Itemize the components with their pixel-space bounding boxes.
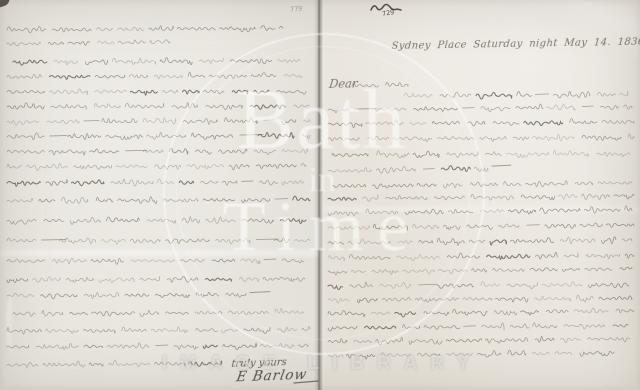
handwriting-stroke xyxy=(499,224,519,227)
handwriting-stroke xyxy=(415,298,459,302)
handwriting-stroke xyxy=(481,209,505,212)
handwriting-stroke xyxy=(229,164,249,169)
handwriting-stroke xyxy=(7,90,45,93)
handwriting-stroke xyxy=(620,267,632,270)
handwriting-stroke xyxy=(97,28,113,31)
handwriting-stroke xyxy=(112,58,155,65)
handwriting-stroke xyxy=(580,223,602,227)
handwriting-stroke xyxy=(382,297,410,301)
handwriting-stroke xyxy=(282,120,296,125)
handwriting-stroke xyxy=(472,269,487,273)
handwriting-stroke xyxy=(437,284,474,288)
handwriting-stroke xyxy=(535,296,571,301)
handwriting-stroke xyxy=(453,309,488,316)
letter-salutation: Dear xyxy=(328,77,358,92)
handwriting-stroke xyxy=(582,135,622,140)
handwriting-stroke xyxy=(150,40,170,44)
handwriting-stroke xyxy=(149,26,174,31)
handwriting-stroke xyxy=(282,148,308,154)
letter-signature: E Barlow xyxy=(235,367,308,386)
handwriting-stroke xyxy=(154,75,182,79)
handwriting-stroke xyxy=(7,150,45,153)
handwriting-stroke xyxy=(143,118,176,124)
handwriting-stroke xyxy=(106,135,143,140)
handwriting-stroke xyxy=(328,109,349,113)
handwriting-stroke xyxy=(527,225,539,226)
handwriting-stroke xyxy=(160,58,192,65)
handwriting-stroke xyxy=(555,352,572,355)
handwriting-stroke xyxy=(294,239,310,242)
handwriting-stroke xyxy=(264,120,275,121)
handwriting-stroke xyxy=(524,121,563,126)
handwriting-stroke xyxy=(328,256,345,261)
handwriting-stroke xyxy=(532,135,574,141)
handwriting-stroke xyxy=(7,27,46,33)
handwriting-stroke xyxy=(7,133,44,140)
handwriting-stroke xyxy=(409,339,442,344)
handwriting-stroke xyxy=(61,197,87,203)
handwriting-stroke xyxy=(481,107,510,112)
handwriting-stroke xyxy=(84,292,119,298)
handwriting-stroke xyxy=(7,181,40,186)
handwriting-stroke xyxy=(177,27,215,30)
handwriting-stroke xyxy=(60,238,96,244)
handwriting-stroke xyxy=(508,210,535,215)
handwriting-stroke xyxy=(542,282,582,287)
handwriting-stroke xyxy=(279,26,283,28)
handwriting-stroke xyxy=(582,194,610,200)
handwriting-stroke xyxy=(216,238,250,244)
handwriting-stroke xyxy=(206,105,243,109)
handwriting-stroke xyxy=(474,167,488,172)
handwriting-stroke xyxy=(174,345,198,349)
handwriting-stroke xyxy=(533,352,550,354)
handwriting-stroke xyxy=(94,104,120,108)
handwriting-stroke xyxy=(282,259,304,263)
handwriting-stroke xyxy=(588,283,629,288)
handwriting-stroke xyxy=(386,195,428,199)
handwriting-stroke xyxy=(242,198,270,202)
handwriting-stroke xyxy=(521,311,539,315)
handwriting-stroke xyxy=(438,137,475,140)
handwriting-stroke xyxy=(482,323,505,330)
handwriting-stroke xyxy=(102,239,126,244)
handwriting-stroke xyxy=(196,150,212,154)
handwriting-stroke xyxy=(242,219,273,224)
handwriting-stroke xyxy=(554,150,589,156)
handwriting-stroke xyxy=(535,336,554,342)
handwriting-stroke xyxy=(535,252,557,259)
handwriting-stroke xyxy=(366,209,398,214)
handwriting-stroke xyxy=(599,296,632,300)
handwriting-stroke xyxy=(301,164,306,167)
handwriting-stroke xyxy=(510,238,553,243)
handwriting-stroke xyxy=(328,226,370,229)
handwriting-stroke xyxy=(366,120,404,126)
handwriting-stroke xyxy=(386,82,408,86)
handwriting-stroke xyxy=(179,181,193,184)
handwriting-stroke xyxy=(26,164,67,171)
handwriting-stroke xyxy=(277,90,306,94)
handwriting-stroke xyxy=(53,258,87,263)
handwriting-stroke xyxy=(504,182,522,186)
handwriting-stroke xyxy=(96,197,113,202)
handwriting-stroke xyxy=(261,26,275,31)
handwriting-stroke xyxy=(95,75,125,78)
handwriting-stroke xyxy=(106,217,139,222)
handwriting-stroke xyxy=(260,343,294,348)
handwriting-stroke xyxy=(417,353,440,356)
handwriting-stroke xyxy=(377,166,416,173)
handwriting-stroke xyxy=(46,180,68,186)
handwriting-stroke xyxy=(203,90,224,94)
handwriting-stroke xyxy=(244,328,271,334)
handwriting-stroke xyxy=(277,327,296,332)
handwriting-stroke xyxy=(42,310,63,316)
handwriting-stroke xyxy=(470,182,497,186)
handwriting-stroke xyxy=(373,108,406,111)
handwriting-stroke xyxy=(7,219,36,224)
handwriting-stroke xyxy=(398,241,412,244)
handwriting-stroke xyxy=(44,219,64,221)
handwriting-stroke xyxy=(365,326,396,329)
handwriting-stroke xyxy=(510,324,529,328)
handwriting-stroke xyxy=(167,277,198,283)
handwriting-stroke xyxy=(293,196,310,200)
handwriting-stroke xyxy=(122,327,147,331)
handwriting-stroke xyxy=(328,285,343,289)
handwriting-stroke xyxy=(381,353,411,357)
handwriting-stroke xyxy=(209,75,246,79)
handwriting-stroke xyxy=(533,323,557,328)
handwriting-stroke xyxy=(264,259,276,260)
handwriting-stroke xyxy=(582,106,593,107)
handwriting-stroke xyxy=(574,308,608,313)
handwriting-stroke xyxy=(584,207,620,213)
handwriting-stroke xyxy=(51,105,86,110)
handwriting-stroke xyxy=(446,353,472,356)
handwriting-stroke xyxy=(558,194,577,199)
handwriting-stroke xyxy=(423,169,434,170)
handwriting-stroke xyxy=(172,103,197,109)
handwriting-stroke xyxy=(562,268,579,271)
handwriting-stroke xyxy=(467,225,493,229)
handwriting-stroke xyxy=(130,239,160,243)
handwriting-stroke xyxy=(125,294,149,297)
handwriting-stroke xyxy=(598,181,632,184)
handwriting-stroke xyxy=(226,293,246,297)
handwriting-stroke xyxy=(294,105,310,108)
handwriting-stroke xyxy=(7,293,34,297)
handwriting-stroke xyxy=(181,259,205,262)
handwriting-stroke xyxy=(620,91,629,95)
handwriting-stroke xyxy=(486,337,528,343)
handwriting-stroke xyxy=(182,217,200,223)
handwriting-stroke xyxy=(328,271,347,275)
handwriting-stroke xyxy=(74,165,112,169)
handwriting-stroke xyxy=(585,268,612,271)
handwriting-stroke xyxy=(372,184,413,189)
handwriting-stroke xyxy=(586,254,620,258)
handwriting-stroke xyxy=(7,103,44,109)
handwriting-stroke xyxy=(36,344,78,350)
handwriting-stroke xyxy=(440,92,471,97)
handwriting-stroke xyxy=(606,223,634,227)
handwriting-stroke xyxy=(545,224,576,228)
handwriting-stroke xyxy=(118,27,144,31)
handwriting-stroke xyxy=(438,269,467,274)
handwriting-stroke xyxy=(597,152,631,156)
letter-photograph: Sydney Place Saturday night May 14. 1836… xyxy=(0,0,640,390)
handwriting-stroke xyxy=(140,310,159,316)
handwriting-stroke xyxy=(7,238,36,242)
handwriting-stroke xyxy=(508,350,526,355)
handwriting-stroke xyxy=(46,329,79,333)
handwriting-stroke xyxy=(419,284,437,285)
handwriting-stroke xyxy=(95,90,127,93)
handwriting-stroke xyxy=(517,91,532,96)
handwriting-stroke xyxy=(443,225,460,230)
handwriting-stroke xyxy=(222,181,237,185)
handwriting-stroke xyxy=(89,363,103,366)
handwriting-stroke xyxy=(485,152,501,156)
handwriting-stroke xyxy=(560,237,595,244)
handwriting-stroke xyxy=(328,211,358,215)
handwriting-stroke xyxy=(368,136,389,139)
handwriting-stroke xyxy=(413,151,439,157)
handwriting-stroke xyxy=(7,42,41,46)
handwriting-stroke xyxy=(435,196,465,200)
handwriting-stroke xyxy=(156,345,168,346)
handwriting-stroke xyxy=(84,120,99,121)
handwriting-stroke xyxy=(602,120,634,123)
handwriting-stroke xyxy=(625,206,632,211)
handwriting-stroke xyxy=(13,312,35,316)
handwriting-stroke xyxy=(203,345,217,348)
handwriting-stroke xyxy=(397,254,439,261)
handwriting-stroke xyxy=(201,181,218,184)
handwriting-stroke xyxy=(526,181,568,187)
handwriting-stroke xyxy=(107,343,149,348)
handwriting-stroke xyxy=(600,105,618,109)
handwriting-stroke xyxy=(328,354,343,356)
handwriting-stroke xyxy=(616,309,634,313)
handwriting-stroke xyxy=(446,339,482,342)
handwriting-stroke xyxy=(332,153,368,156)
handwriting-stroke xyxy=(575,182,592,185)
handwriting-stroke xyxy=(225,118,258,124)
handwriting-stroke xyxy=(48,42,64,45)
handwriting-stroke xyxy=(189,361,222,366)
handwriting-stroke xyxy=(463,297,492,300)
handwriting-stroke xyxy=(131,260,174,262)
handwriting-stroke xyxy=(513,137,529,140)
handwriting-stroke xyxy=(125,103,164,108)
handwriting-stroke xyxy=(282,180,304,185)
handwriting-stroke xyxy=(278,59,300,62)
handwriting-stroke xyxy=(130,90,157,95)
handwriting-stroke xyxy=(258,133,294,139)
handwriting-stroke xyxy=(348,239,390,244)
handwriting-stroke xyxy=(530,268,558,271)
handwriting-stroke xyxy=(221,329,237,333)
handwriting-stroke xyxy=(372,270,399,275)
handwriting-stroke xyxy=(564,324,605,329)
handwriting-stroke xyxy=(328,338,347,343)
handwriting-stroke xyxy=(54,60,77,65)
handwriting-stroke xyxy=(203,199,235,201)
handwriting-stroke xyxy=(70,217,100,224)
handwriting-stroke xyxy=(147,219,175,223)
handwriting-stroke xyxy=(163,90,178,93)
handwriting-stroke xyxy=(254,150,276,155)
handwriting-stroke xyxy=(377,151,410,158)
handwriting-stroke xyxy=(471,194,514,200)
handwriting-stroke xyxy=(118,197,157,204)
handwriting-stroke xyxy=(328,123,362,128)
handwriting-stroke xyxy=(183,119,217,125)
handwriting-stroke xyxy=(7,164,21,168)
handwriting-stroke xyxy=(39,199,55,202)
handwriting-stroke xyxy=(535,94,548,95)
handwriting-stroke xyxy=(205,278,232,281)
handwriting-stroke xyxy=(52,28,91,32)
handwriting-stroke xyxy=(447,151,479,157)
handwriting-stroke xyxy=(410,122,426,124)
handwriting-stroke xyxy=(577,295,594,302)
handwriting-stroke xyxy=(476,92,512,99)
handwriting-stroke xyxy=(441,166,470,172)
handwriting-stroke xyxy=(90,149,119,153)
handwriting-stroke xyxy=(477,351,501,358)
handwriting-stroke xyxy=(424,312,449,316)
handwriting-stroke xyxy=(601,237,616,244)
handwriting-stroke xyxy=(553,91,589,97)
handwriting-stroke xyxy=(102,118,137,122)
handwriting-stroke xyxy=(241,259,260,264)
handwriting-stroke xyxy=(256,164,296,168)
handwriting-stroke xyxy=(155,165,181,170)
handwriting-stroke xyxy=(196,328,218,331)
handwriting-stroke xyxy=(72,180,104,186)
handwriting-stroke xyxy=(395,312,416,317)
handwriting-stroke xyxy=(469,240,485,243)
handwriting-stroke xyxy=(155,362,186,365)
handwriting-stroke xyxy=(47,120,79,124)
handwriting-stroke xyxy=(254,90,269,93)
handwriting-stroke xyxy=(376,337,403,345)
handwriting-stroke xyxy=(597,92,615,96)
handwriting-stroke xyxy=(546,309,568,312)
handwriting-stroke xyxy=(564,253,578,257)
handwriting-stroke xyxy=(33,277,61,283)
handwriting-stroke xyxy=(220,27,256,32)
handwriting-stroke xyxy=(275,308,303,313)
handwriting-stroke xyxy=(299,344,309,347)
handwriting-stroke xyxy=(328,299,350,303)
handwriting-stroke xyxy=(493,268,524,271)
handwriting-stroke xyxy=(487,254,530,259)
handwriting-stroke xyxy=(614,194,634,199)
handwriting-stroke xyxy=(404,93,432,97)
handwriting-stroke xyxy=(481,282,500,287)
handwriting-stroke xyxy=(588,338,630,342)
handwriting-stroke xyxy=(480,136,507,141)
handwriting-stroke xyxy=(49,150,85,155)
handwriting-stroke xyxy=(447,253,480,258)
handwriting-stroke xyxy=(49,75,90,79)
handwriting-stroke xyxy=(625,254,634,259)
handwriting-stroke xyxy=(212,259,234,262)
handwriting-stroke xyxy=(68,42,90,46)
handwriting-stroke xyxy=(413,224,440,229)
handwriting-stroke xyxy=(219,149,247,153)
handwriting-stroke xyxy=(506,153,549,158)
handwriting-stroke xyxy=(43,361,85,367)
handwriting-stroke xyxy=(13,60,47,65)
handwriting-stroke xyxy=(223,343,257,349)
handwriting-stroke xyxy=(140,277,160,281)
handwriting-stroke xyxy=(496,297,529,302)
handwriting-stroke xyxy=(111,179,153,186)
handwriting-stroke xyxy=(380,282,411,288)
handwriting-stroke xyxy=(169,148,188,154)
handwriting-stroke xyxy=(507,282,537,288)
handwriting-stroke xyxy=(624,105,632,109)
handwriting-stroke xyxy=(328,137,359,141)
handwriting-stroke xyxy=(85,60,107,65)
handwriting-stroke xyxy=(580,351,614,356)
handwriting-stroke xyxy=(354,340,372,342)
handwriting-stroke xyxy=(393,137,432,142)
handwriting-stroke xyxy=(129,75,148,78)
handwriting-stroke xyxy=(347,354,375,359)
handwriting-stroke xyxy=(362,194,378,201)
handwriting-stroke xyxy=(67,277,94,282)
handwriting-stroke xyxy=(242,181,254,182)
handwriting-stroke xyxy=(97,41,114,44)
handwriting-stroke xyxy=(84,345,103,348)
handwriting-stroke xyxy=(206,217,235,224)
handwriting-stroke xyxy=(116,165,147,168)
handwriting-stroke xyxy=(540,208,580,214)
handwriting-stroke xyxy=(284,74,302,77)
handwriting-stroke xyxy=(403,269,435,274)
handwriting-stroke xyxy=(230,59,272,64)
handwriting-stroke xyxy=(613,324,628,327)
handwriting-stroke xyxy=(118,40,146,44)
handwriting-stroke xyxy=(437,238,464,245)
handwriting-stroke xyxy=(350,282,373,287)
handwriting-stroke xyxy=(464,326,476,327)
handwriting-stroke xyxy=(443,183,462,188)
handwriting-stroke xyxy=(50,136,67,137)
handwriting-stroke xyxy=(99,278,135,283)
handwriting-stroke xyxy=(494,311,517,315)
handwriting-stroke xyxy=(7,121,39,126)
handwriting-stroke xyxy=(419,241,433,244)
handwriting-stroke xyxy=(493,122,519,126)
handwriting-stroke xyxy=(328,168,371,173)
handwriting-stroke xyxy=(151,327,188,333)
handwriting-stroke xyxy=(328,311,365,317)
handwriting-stroke xyxy=(570,119,597,124)
handwriting-stroke xyxy=(92,311,135,316)
handwriting-stroke xyxy=(155,293,189,297)
handwriting-stroke xyxy=(166,312,189,314)
handwriting-stroke xyxy=(328,241,344,244)
handwriting-stroke xyxy=(274,238,289,243)
